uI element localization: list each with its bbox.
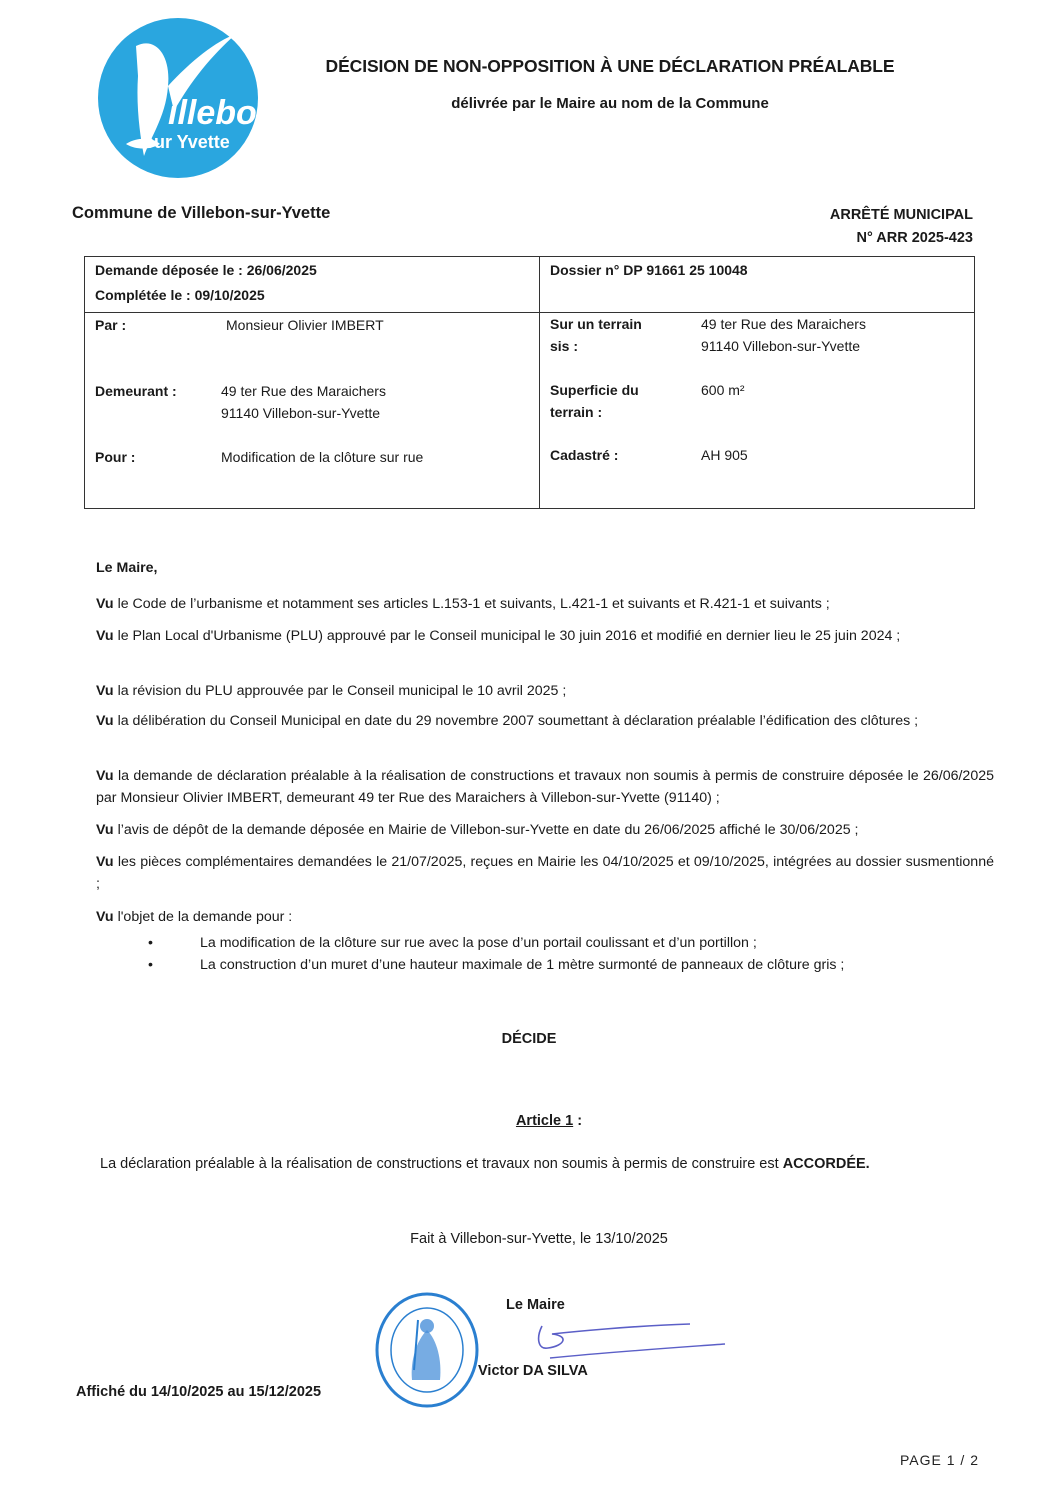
value-superficie: 600 m² (701, 379, 745, 401)
article-suffix: : (573, 1113, 582, 1129)
document-subtitle: délivrée par le Maire au nom de la Commu… (280, 95, 940, 112)
consideration-text: l'objet de la demande pour : (118, 909, 293, 925)
bullet-text: La modification de la clôture sur rue av… (200, 935, 757, 951)
consideration-text: le Code de l’urbanisme et notamment ses … (118, 596, 830, 612)
bullet-item-2: •La construction d’un muret d’une hauteu… (148, 955, 844, 975)
consideration-1: Vu le Code de l’urbanisme et notamment s… (96, 593, 994, 615)
vu-prefix: Vu (96, 768, 114, 784)
signatory-name: Victor DA SILVA (478, 1363, 588, 1379)
arrete-number: N° ARR 2025-423 (830, 227, 973, 250)
vu-prefix: Vu (96, 909, 114, 925)
label-terrain-line2: sis : (550, 335, 578, 357)
vu-prefix: Vu (96, 683, 114, 699)
bullet-item-1: •La modification de la clôture sur rue a… (148, 933, 757, 953)
value-terrain-line1: 49 ter Rue des Maraichers (701, 313, 866, 335)
article-1-heading: Article 1 : (0, 1113, 1058, 1129)
value-cadastre: AH 905 (701, 444, 748, 466)
label-terrain-line1: Sur un terrain (550, 313, 642, 335)
consideration-6: Vu l’avis de dépôt de la demande déposée… (96, 819, 994, 841)
label-par: Par : (95, 314, 126, 336)
vu-prefix: Vu (96, 822, 114, 838)
decision-status: ACCORDÉE. (783, 1156, 870, 1172)
label-superficie-line2: terrain : (550, 401, 602, 423)
value-demeurant-line2: 91140 Villebon-sur-Yvette (221, 402, 380, 424)
label-cadastre: Cadastré : (550, 444, 618, 466)
arrete-block: ARRÊTÉ MUNICIPAL N° ARR 2025-423 (830, 204, 973, 250)
article-1-text: La déclaration préalable à la réalisatio… (100, 1156, 870, 1172)
value-pour: Modification de la clôture sur rue (221, 446, 423, 468)
vu-prefix: Vu (96, 596, 114, 612)
vu-prefix: Vu (96, 854, 114, 870)
consideration-text: la révision du PLU approuvée par le Cons… (118, 683, 567, 699)
demande-deposee: Demande déposée le : 26/06/2025 (95, 262, 317, 278)
commune-name: Commune de Villebon-sur-Yvette (72, 204, 330, 223)
consideration-text: la délibération du Conseil Municipal en … (118, 713, 919, 729)
consideration-text: la demande de déclaration préalable à la… (96, 768, 994, 806)
logo-text-villebon: illebon (168, 94, 260, 132)
vu-prefix: Vu (96, 713, 114, 729)
consideration-4: Vu la délibération du Conseil Municipal … (96, 710, 994, 732)
value-demeurant-line1: 49 ter Rue des Maraichers (221, 380, 386, 402)
article-text: La déclaration préalable à la réalisatio… (100, 1156, 783, 1172)
arrete-label: ARRÊTÉ MUNICIPAL (830, 204, 973, 227)
label-superficie-line1: Superficie du (550, 379, 639, 401)
bullet-text: La construction d’un muret d’une hauteur… (200, 957, 844, 973)
bullet-icon: • (148, 955, 200, 975)
intro-le-maire: Le Maire, (96, 557, 994, 579)
villebon-logo: illebon sur Yvette (96, 16, 260, 180)
dossier-number: Dossier n° DP 91661 25 10048 (550, 262, 748, 278)
document-title: DÉCISION DE NON-OPPOSITION À UNE DÉCLARA… (280, 56, 940, 77)
decide-heading: DÉCIDE (0, 1031, 1058, 1047)
fait-a-date: Fait à Villebon-sur-Yvette, le 13/10/202… (0, 1231, 1058, 1247)
consideration-text: le Plan Local d'Urbanisme (PLU) approuvé… (118, 628, 901, 644)
signature-icon (530, 1318, 730, 1368)
mairie-stamp-icon (372, 1290, 482, 1410)
consideration-8: Vu l'objet de la demande pour : (96, 906, 994, 928)
consideration-7: Vu les pièces complémentaires demandées … (96, 851, 994, 895)
consideration-3: Vu la révision du PLU approuvée par le C… (96, 680, 994, 702)
label-demeurant: Demeurant : (95, 380, 177, 402)
value-par: Monsieur Olivier IMBERT (226, 314, 384, 336)
dossier-info-table: Demande déposée le : 26/06/2025 Complété… (84, 256, 975, 509)
consideration-text: les pièces complémentaires demandées le … (96, 854, 994, 892)
label-pour: Pour : (95, 446, 135, 468)
bullet-icon: • (148, 933, 200, 953)
consideration-5: Vu la demande de déclaration préalable à… (96, 765, 994, 809)
maire-label: Le Maire (506, 1297, 565, 1313)
table-divider (539, 257, 540, 508)
affichage-period: Affiché du 14/10/2025 au 15/12/2025 (76, 1384, 321, 1400)
value-terrain-line2: 91140 Villebon-sur-Yvette (701, 335, 860, 357)
logo-text-sur-yvette: sur Yvette (144, 132, 230, 152)
completee-date: Complétée le : 09/10/2025 (95, 287, 265, 303)
vu-prefix: Vu (96, 628, 114, 644)
consideration-text: l’avis de dépôt de la demande déposée en… (118, 822, 859, 838)
page-number: PAGE 1 / 2 (900, 1452, 979, 1468)
consideration-2: Vu le Plan Local d'Urbanisme (PLU) appro… (96, 625, 994, 647)
article-label: Article 1 (516, 1113, 573, 1129)
